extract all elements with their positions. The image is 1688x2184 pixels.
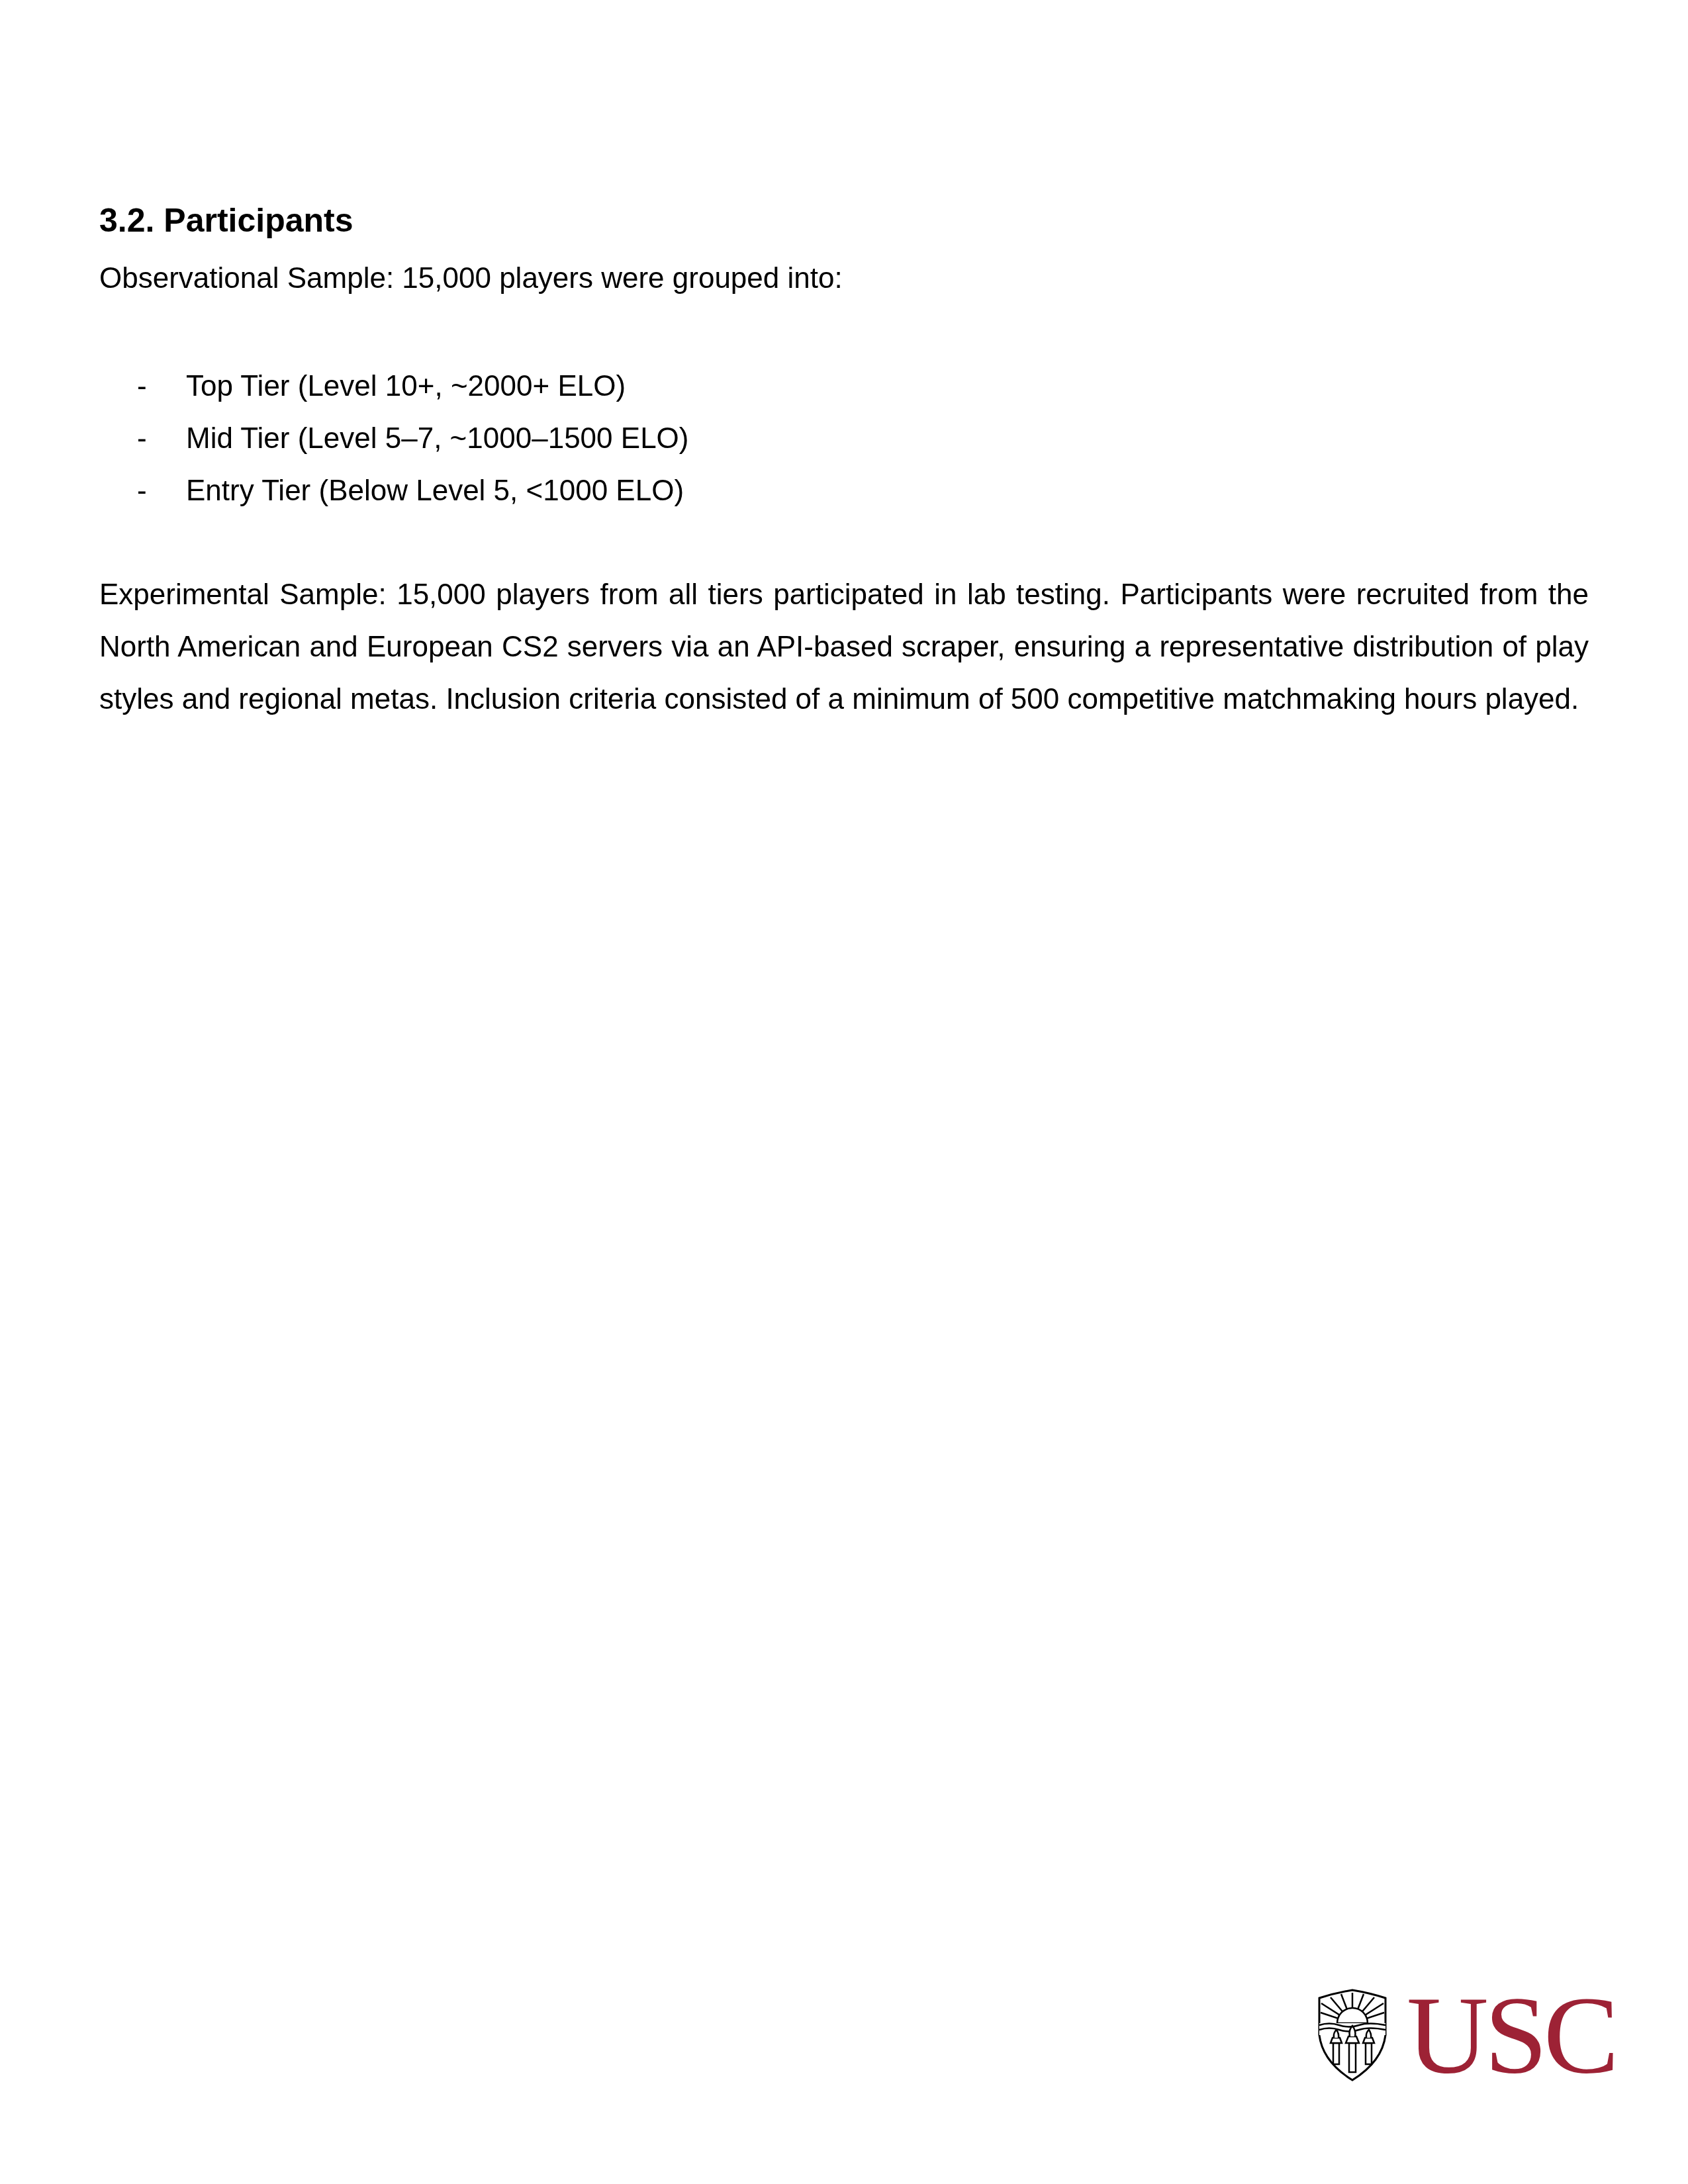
tier-label: Entry Tier (Below Level 5, <1000 ELO) <box>186 475 684 507</box>
tier-label: Top Tier (Level 10+, ~2000+ ELO) <box>186 370 626 402</box>
tier-label: Mid Tier (Level 5–7, ~1000–1500 ELO) <box>186 422 688 455</box>
bullet-dash: - <box>137 465 147 517</box>
list-item: - Entry Tier (Below Level 5, <1000 ELO) <box>99 465 688 517</box>
list-item: - Top Tier (Level 10+, ~2000+ ELO) <box>99 360 688 412</box>
bullet-dash: - <box>137 412 147 465</box>
observational-sample-intro: Observational Sample: 15,000 players wer… <box>99 257 843 300</box>
bullet-dash: - <box>137 360 147 412</box>
usc-wordmark: USC <box>1407 1985 1615 2085</box>
list-item: - Mid Tier (Level 5–7, ~1000–1500 ELO) <box>99 412 688 465</box>
experimental-sample-paragraph: Experimental Sample: 15,000 players from… <box>99 569 1589 725</box>
section-heading: 3.2. Participants <box>99 197 353 244</box>
usc-logo: USC <box>1316 1985 1613 2085</box>
usc-crest-icon <box>1316 1989 1389 2081</box>
tier-list: - Top Tier (Level 10+, ~2000+ ELO) - Mid… <box>99 360 688 517</box>
